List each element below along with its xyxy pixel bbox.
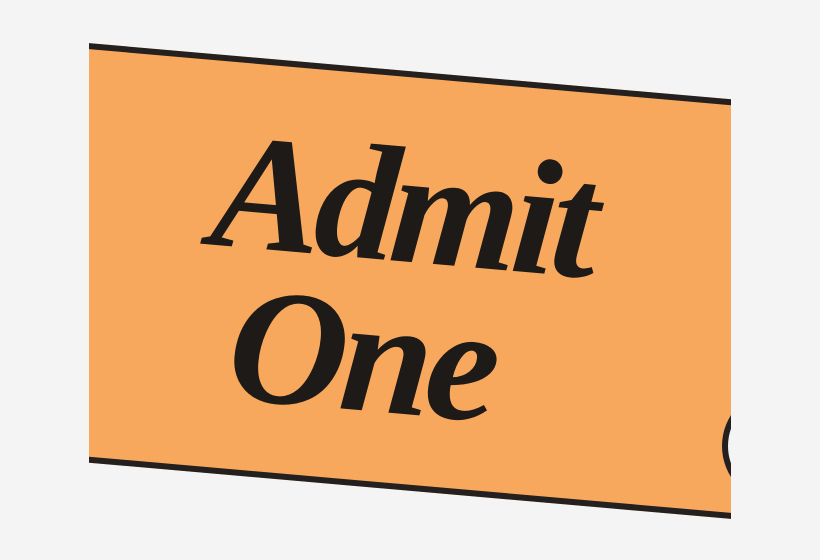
admit-one-ticket: Admit One: [89, 40, 731, 523]
page-background: Admit One: [0, 0, 820, 560]
ticket-text: Admit One: [89, 46, 731, 517]
ticket-crop-area: Admit One: [89, 0, 731, 560]
ticket-text-line-one: One: [223, 268, 500, 442]
